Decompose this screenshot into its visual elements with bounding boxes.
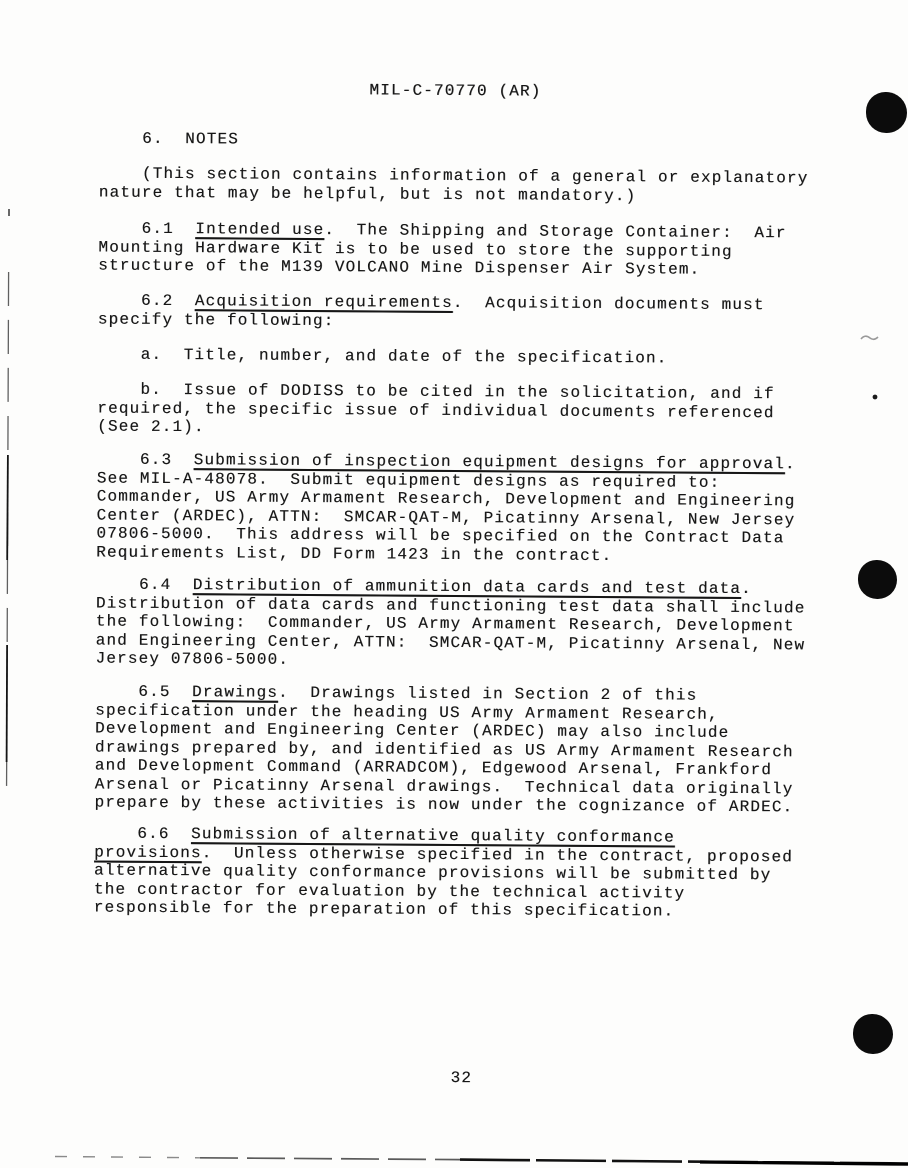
paragraph-6-2-acquisition-requirements: 6.2 Acquisition requirements. Acquisitio…: [98, 292, 765, 334]
punch-hole-dot-top: [866, 92, 907, 133]
paragraph-6-3-submission-inspection-equipment: 6.3 Submission of inspection equipment d…: [96, 451, 796, 567]
paragraph-6-1-intended-use: 6.1 Intended use. The Shipping and Stora…: [98, 220, 786, 280]
punch-hole-dot-bottom: [853, 1014, 893, 1054]
intro-paragraph: (This section contains information of a …: [99, 165, 809, 207]
text-line: prepare by these activities is now under…: [94, 793, 793, 816]
list-item-a: a. Title, number, and date of the specif…: [98, 346, 668, 368]
text-line: a. Title, number, and date of the specif…: [98, 346, 668, 368]
punch-hole-dot-middle: [858, 560, 897, 599]
text-line: responsible for the preparation of this …: [94, 898, 793, 921]
text-line: structure of the M139 VOLCANO Mine Dispe…: [98, 257, 786, 280]
paragraph-6-4-distribution-data-cards: 6.4 Distribution of ammunition data card…: [95, 576, 805, 673]
text-line: 6. NOTES: [99, 130, 239, 149]
document-id-header: MIL-C-70770 (AR): [369, 81, 541, 101]
paragraph-6-5-drawings: 6.5 Drawings. Drawings listed in Section…: [94, 682, 794, 816]
document-content: MIL-C-70770 (AR) 6. NOTES (This section …: [0, 0, 908, 1168]
paragraph-6-6-alternative-quality-conformance: 6.6 Submission of alternative quality co…: [94, 824, 793, 921]
section-6-notes-heading: 6. NOTES: [99, 130, 239, 149]
scanned-document-page: MIL-C-70770 (AR) 6. NOTES (This section …: [0, 0, 908, 1168]
page-number: 32: [450, 1069, 472, 1088]
list-item-b: b. Issue of DODISS to be cited in the so…: [97, 381, 775, 441]
